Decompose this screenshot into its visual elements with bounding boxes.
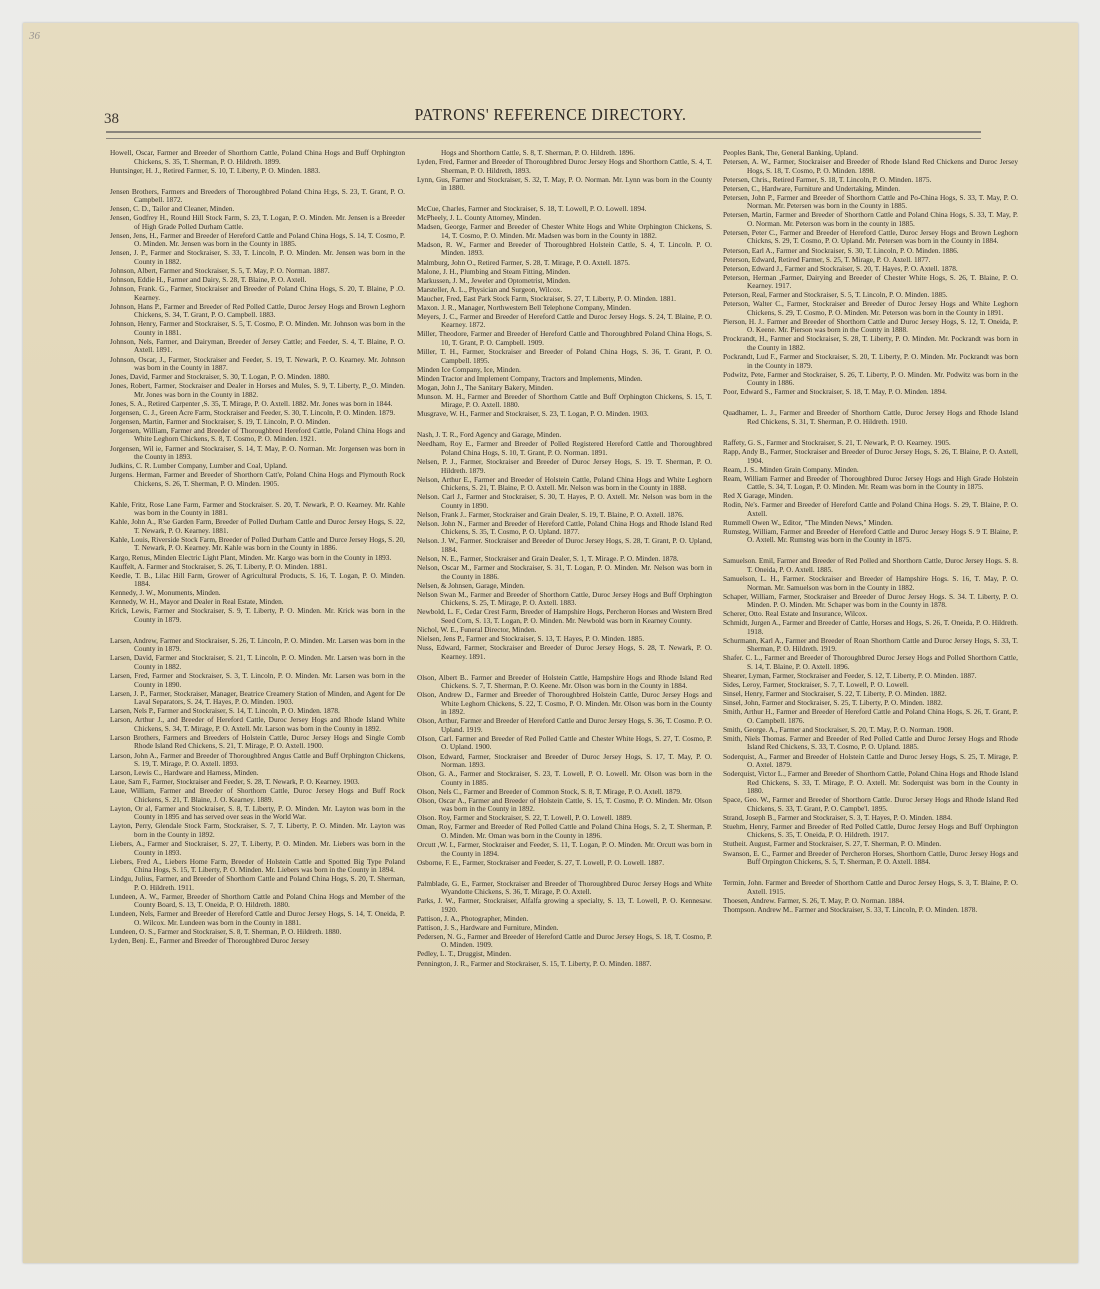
directory-entry: Larson, John A., Farmer and Breeder of T… <box>110 752 405 769</box>
directory-entry: Maucher, Fred, East Park Stock Farm, Sto… <box>417 295 712 304</box>
directory-entry: Rodin, Ne's. Farmer and Breeder of Heref… <box>723 501 1018 518</box>
directory-entry: Kauffelt, A. Farmer and Stockraiser, S. … <box>110 563 405 572</box>
directory-entry: Keedle, T. B., Lilac Hill Farm, Grower o… <box>110 572 405 589</box>
directory-entry: Samuelson. Emil, Farmer and Breeder of R… <box>723 557 1018 574</box>
directory-entry: Prockrandt, H., Farmer and Stockraiser, … <box>723 335 1018 352</box>
directory-entry: Stutheit. August, Farmer and Stockraiser… <box>723 840 1018 849</box>
directory-column-1: Howell, Oscar, Farmer and Breeder of Sho… <box>110 149 405 946</box>
directory-entry: Marsteller, A. L., Physician and Surgeon… <box>417 286 712 295</box>
directory-entry: Petersen, C., Hardware, Furniture and Un… <box>723 185 1018 194</box>
directory-entry: Nelson. John N., Farmer and Breeder of H… <box>417 520 712 537</box>
directory-entry: Malone, J. H., Plumbing and Steam Fittin… <box>417 268 712 277</box>
directory-entry: Munson. M. H., Farmer and Breeder of Sho… <box>417 393 712 410</box>
directory-entry: Petersen, Chris., Retired Farmer, S. 18,… <box>723 176 1018 185</box>
directory-entry: Olson, G. A., Farmer and Stockraiser, S.… <box>417 770 712 787</box>
directory-entry: Petersen, Martin, Farmer and Breeder of … <box>723 211 1018 228</box>
directory-entry: Smith, Niels Thomas. Farmer and Breeder … <box>723 735 1018 752</box>
directory-entry: Stuehm, Henry, Farmer and Breeder of Red… <box>723 823 1018 840</box>
directory-entry: Petersen, Peter C., Farmer and Breeder o… <box>723 229 1018 246</box>
directory-entry: Minden Tractor and Implement Company, Tr… <box>417 375 712 384</box>
directory-entry: Larsen, J. P., Farmer, Stockraiser, Mana… <box>110 690 405 707</box>
directory-entry: Jorgensen, Wil ie, Farmer and Stockraise… <box>110 445 405 462</box>
directory-entry: Nelson. Carl J., Farmer and Stockraiser,… <box>417 493 712 510</box>
directory-entry: Soderquist, Victor L., Farmer and Breede… <box>723 770 1018 796</box>
directory-entry: Shafer. C. L., Farmer and Breeder of Tho… <box>723 654 1018 671</box>
directory-entry: Maxon. J. R., Manager, Northwestern Bell… <box>417 304 712 313</box>
directory-entry: Olson, Nels C., Farmer and Breeder of Co… <box>417 788 712 797</box>
directory-entry: Samuelson, L. H., Farmer. Stockraiser an… <box>723 575 1018 592</box>
directory-entry: Mogan, John J., The Sanitary Bakery, Min… <box>417 384 712 393</box>
directory-entry: Nuss, Edward, Farmer, Stockraiser and Br… <box>417 644 712 661</box>
directory-entry: Termin, John. Farmer and Breeder of Shor… <box>723 879 1018 896</box>
directory-entry: Liebers, Fred A., Liebers Home Farm, Bre… <box>110 858 405 875</box>
directory-entry: Pierson, H. J.. Farmer and Breeder of Sh… <box>723 318 1018 335</box>
directory-entry: Pennington, J. R., Farmer and Stockraise… <box>417 960 712 969</box>
directory-entry: Jensen, Jens, H., Farmer and Breeder of … <box>110 232 405 249</box>
directory-entry: Kahle, Fritz, Rose Lane Farm, Farmer and… <box>110 501 405 518</box>
directory-entry: Johnson, Hans P., Farmer and Breeder of … <box>110 303 405 320</box>
directory-entry: Petersen, John P., Farmer and Breeder of… <box>723 194 1018 211</box>
directory-entry: Nelson. J. W., Farmer. Stockraiser and B… <box>417 537 712 554</box>
directory-entry: Quadhamer, L. J., Farmer and Breeder of … <box>723 409 1018 426</box>
directory-entry: Pockrandt, Lud F., Farmer and Stockraise… <box>723 353 1018 370</box>
directory-entry: Rumsteg, William, Farmer and Breeder of … <box>723 528 1018 545</box>
directory-entry: Liebers, A., Farmer and Stockraiser, S. … <box>110 840 405 857</box>
directory-entry: Johnson, Frank. G., Farmer, Stockraiser … <box>110 285 405 302</box>
directory-entry: Peterson, Herman ,Farmer, Dairying and B… <box>723 274 1018 291</box>
directory-entry: Larson Brothers, Farmers and Breeders of… <box>110 734 405 751</box>
directory-entry: Larsen, Fred, Farmer and Stockraiser, S.… <box>110 672 405 689</box>
directory-entry: Jensen Brothers, Farmers and Breeders of… <box>110 188 405 205</box>
directory-entry: Smith, Arthur H., Farmer and Breeder of … <box>723 708 1018 725</box>
directory-entry: Thompson. Andrew M.. Farmer and Stockrai… <box>723 906 1018 915</box>
directory-entry: Osborne, F. E., Farmer, Stockraiser and … <box>417 859 712 868</box>
directory-entry: Olson, Arthur, Farmer and Breeder of Her… <box>417 717 712 734</box>
directory-entry: Olson, Edward, Farmer, Stockraiser and B… <box>417 753 712 770</box>
directory-entry: Howell, Oscar, Farmer and Breeder of Sho… <box>110 149 405 166</box>
directory-entry: Kahle, John A., R'se Garden Farm, Breede… <box>110 518 405 535</box>
directory-entry: Ream, William Farmer and Breeder of Thor… <box>723 475 1018 492</box>
directory-entry: Space, Geo. W., Farmer and Breeder of Sh… <box>723 796 1018 813</box>
directory-entry: Jensen, J. P., Farmer and Stockraiser, S… <box>110 249 405 266</box>
directory-entry: Soderquist, A., Farmer and Breeder of Ho… <box>723 753 1018 770</box>
directory-entry: Schurmann, Karl A., Farmer and Breeder o… <box>723 637 1018 654</box>
directory-entry: Peterson, Edward, Retired Farmer, S. 25,… <box>723 256 1018 265</box>
page-title: PATRONS' REFERENCE DIRECTORY. <box>65 105 1036 125</box>
directory-entry: Jensen, Godfrey H., Round Hill Stock Far… <box>110 214 405 231</box>
directory-entry: Rapp, Andy B., Farmer, Stockraiser and B… <box>723 448 1018 465</box>
directory-entry: Olson, Andrew D., Farmer and Breeder of … <box>417 691 712 717</box>
directory-entry: Markussen, J. M., Jeweler and Optometris… <box>417 277 712 286</box>
directory-entry: Ream, J. S.. Minden Grain Company. Minde… <box>723 466 1018 475</box>
directory-entry: Larsen, David, Farmer and Stockraiser, S… <box>110 654 405 671</box>
directory-entry: Nelsen, & Johnsen, Garage, Minden. <box>417 582 712 591</box>
directory-entry: Petersen, A. W., Farmer, Stockraiser and… <box>723 158 1018 175</box>
directory-entry: Meyers, J. C., Farmer and Breeder of Her… <box>417 313 712 330</box>
directory-entry: Peterson, Edward J., Farmer and Stockrai… <box>723 265 1018 274</box>
directory-entry: Jurgens. Herman, Farmer and Breeder of S… <box>110 471 405 488</box>
directory-page: 36 38 PATRONS' REFERENCE DIRECTORY. Howe… <box>23 23 1078 1263</box>
directory-entry: Lundeen, A. W., Farmer, Breeder of Short… <box>110 893 405 910</box>
directory-entry: Madson, R. W., Farmer and Breeder of Tho… <box>417 241 712 258</box>
directory-entry: Krick, Lewis, Farmer and Stockraiser, S.… <box>110 607 405 624</box>
directory-entry: Miller, T. H., Farmer, Stockraiser and B… <box>417 348 712 365</box>
directory-entry: Laue, William, Farmer and Breeder of Sho… <box>110 787 405 804</box>
directory-entry: Lyden, Benj. E., Farmer and Breeder of T… <box>110 937 405 946</box>
directory-entry: OIson, Carl. Farmer and Breeder of Red P… <box>417 735 712 752</box>
directory-entry: Layton, Perry, Glendale Stock Farm, Stoc… <box>110 822 405 839</box>
directory-entry: Nelson, Oscar M., Farmer and Stockraiser… <box>417 564 712 581</box>
directory-entry: Peterson, Walter C., Farmer, Stockraiser… <box>723 300 1018 317</box>
directory-entry: Nelson Swan M., Farmer and Breeder of Sh… <box>417 591 712 608</box>
directory-entry: Lyden, Fred, Farmer and Breeder of Thoro… <box>417 158 712 175</box>
directory-entry: Oman, Roy, Farmer and Breeder of Red Pol… <box>417 823 712 840</box>
directory-column-3: Peoples Bank, The, General Banking, Upla… <box>723 149 1018 915</box>
directory-entry: Kahle, Louis, Riverside Stock Farm, Bree… <box>110 536 405 553</box>
directory-entry: Layton, Or al, Farmer and Stockraiser, S… <box>110 805 405 822</box>
directory-entry: Lundeen, Nels, Farmer and Breeder of Her… <box>110 910 405 927</box>
directory-entry: Palmblade, G. E., Farmer, Stockraiser an… <box>417 880 712 897</box>
letter-section-gap <box>417 868 712 880</box>
directory-entry: Larsen, Andrew, Farmer and Stockraiser, … <box>110 637 405 654</box>
directory-entry: Needham, Roy E., Farmer and Breeder of P… <box>417 440 712 457</box>
directory-entry: Minden Ice Company, Ice, Minden. <box>417 366 712 375</box>
directory-entry: Lynn, Gus, Farmer and Stockraiser, S. 32… <box>417 176 712 193</box>
directory-entry: Johnson, Henry, Farmer and Stockraiser, … <box>110 320 405 337</box>
directory-entry: Johnson, Oscar, J., Farmer, Stockraiser … <box>110 356 405 373</box>
directory-entry: Jones, Robert, Farmer, Stockraiser and D… <box>110 382 405 399</box>
letter-section-gap <box>110 489 405 501</box>
directory-entry: Peterson, Earl A., Farmer and Stockraise… <box>723 247 1018 256</box>
directory-entry: Malmburg, John O., Retired Farmer, S. 28… <box>417 259 712 268</box>
directory-entry: Larson, Arthur J., and Breeder of Herefo… <box>110 716 405 733</box>
directory-entry: Newbold, L. F., Cedar Crest Farm, Breede… <box>417 608 712 625</box>
directory-entry: Nelsen, P. J., Farmer, Stockraiser and B… <box>417 458 712 475</box>
directory-entry: Olson, Oscar A., Farmer and Breeder of H… <box>417 797 712 814</box>
directory-entry: Huntsinger, H. J., Retired Farmer, S. 10… <box>110 167 405 176</box>
directory-entry: Parks, J. W., Farmer, Stockraiser, Alfal… <box>417 897 712 914</box>
directory-entry: Nelson, Arthur E., Farmer and Breeder of… <box>417 476 712 493</box>
directory-entry: Poor, Edward S., Farmer and Stockraiser,… <box>723 388 1018 397</box>
letter-section-gap <box>417 662 712 674</box>
directory-column-2: Hogs and Shorthorn Cattle, S. 8, T. Sher… <box>417 149 712 969</box>
header-rule <box>106 131 981 139</box>
directory-entry: Miller, Theodore, Farmer and Breeder of … <box>417 330 712 347</box>
letter-section-gap <box>110 176 405 188</box>
directory-entry: Pedersen, N. G., Farmer and Breeder of H… <box>417 933 712 950</box>
directory-entry: Schaper, William, Farmer, Stockraiser an… <box>723 593 1018 610</box>
directory-entry: Jorgensen, William, Farmer and Breeder o… <box>110 427 405 444</box>
directory-entry: Johnson, Nels, Farmer, and Dairyman, Bre… <box>110 338 405 355</box>
directory-entry: Olson, Albert B.. Farmer and Breeder of … <box>417 674 712 691</box>
directory-entry: Kargo, Renus, Minden Electric Light Plan… <box>110 554 405 563</box>
pencil-annotation: 36 <box>29 30 40 42</box>
directory-entry: Schmidt, Jurgen A., Farmer and Breeder o… <box>723 619 1018 636</box>
directory-entry: Thoesen, Andrew. Farmer, S. 26, T. May, … <box>723 897 1018 906</box>
directory-entry: Pedley, L. T., Druggist, Minden. <box>417 950 712 959</box>
directory-entry: Lindgu, Julius, Farmer, and Breeder of S… <box>110 875 405 892</box>
directory-entry: Madsen, George, Farmer and Breeder of Ch… <box>417 223 712 240</box>
directory-entry: Musgrave, W. H., Farmer and Stockraiser,… <box>417 410 712 419</box>
directory-entry: Swanson, E. C., Farmer and Breeder of Pe… <box>723 850 1018 867</box>
directory-entry: Orcutt ,W. I., Farmer, Stockraiser and F… <box>417 841 712 858</box>
directory-entry: Podwitz, Pete, Farmer and Stockraiser, S… <box>723 371 1018 388</box>
